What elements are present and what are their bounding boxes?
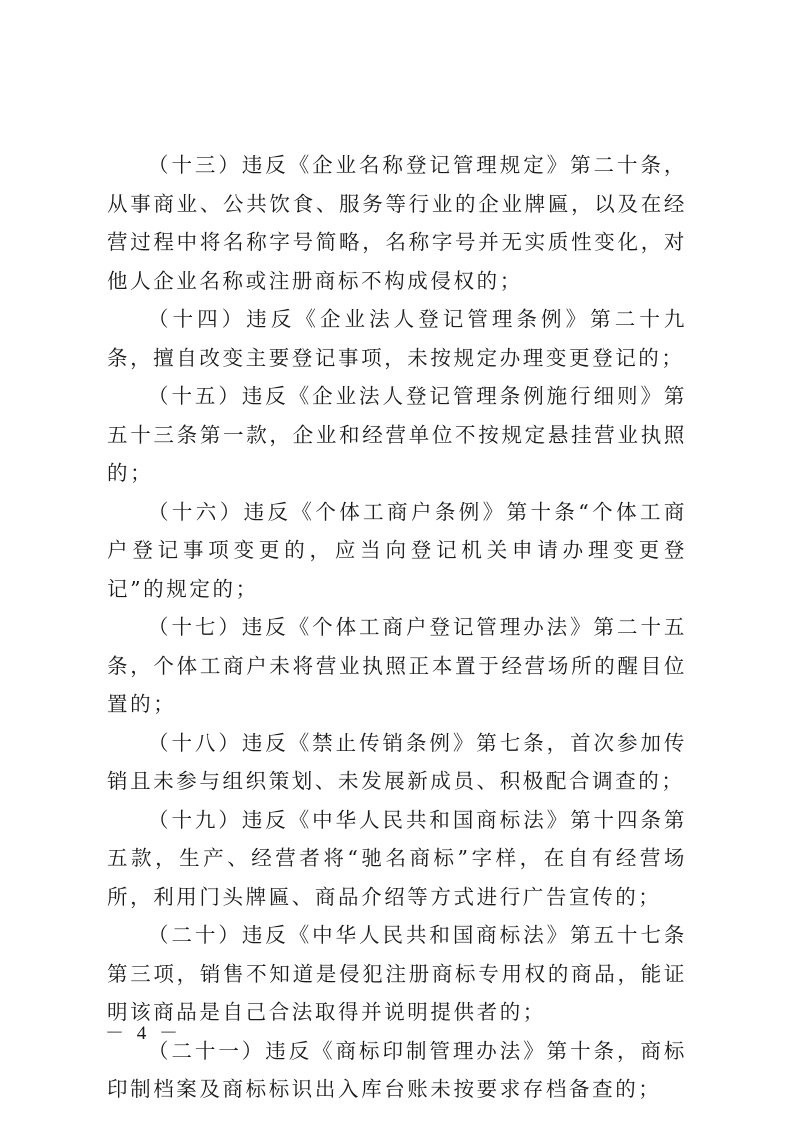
clause-14: （十四）违反《企业法人登记管理条例》第二十九条，擅自改变主要登记事项，未按规定办… [107,300,687,377]
document-body: （十三）违反《企业名称登记管理规定》第二十条，从事商业、公共饮食、服务等行业的企… [107,146,687,1109]
clause-number: （十六） [148,500,244,524]
clause-13: （十三）违反《企业名称登记管理规定》第二十条，从事商业、公共饮食、服务等行业的企… [107,146,687,300]
page-number: － 4 － [105,1018,182,1045]
clause-19: （十九）违反《中华人民共和国商标法》第十四条第五款，生产、经营者将“驰名商标”字… [107,801,687,917]
clause-number: （二十） [148,923,242,947]
clause-15: （十五）违反《企业法人登记管理条例施行细则》第五十三条第一款，企业和经营单位不按… [107,377,687,493]
clause-number: （十七） [148,615,242,639]
clause-number: （十九） [148,808,242,832]
clause-number: （十八） [148,731,242,755]
clause-21: （二十一）违反《商标印制管理办法》第十条，商标印制档案及商标标识出入库台账未按要… [107,1032,687,1109]
clause-number: （十三） [148,153,242,177]
clause-number: （十五） [148,384,242,408]
clause-18: （十八）违反《禁止传销条例》第七条，首次参加传销且未参与组织策划、未发展新成员、… [107,724,687,801]
clause-17: （十七）违反《个体工商户登记管理办法》第二十五条，个体工商户未将营业执照正本置于… [107,608,687,724]
clause-20: （二十）违反《中华人民共和国商标法》第五十七条第三项，销售不知道是侵犯注册商标专… [107,916,687,1032]
clause-16: （十六）违反《个体工商户条例》第十条“个体工商户登记事项变更的，应当向登记机关申… [107,493,687,609]
clause-number: （十四） [148,307,246,331]
